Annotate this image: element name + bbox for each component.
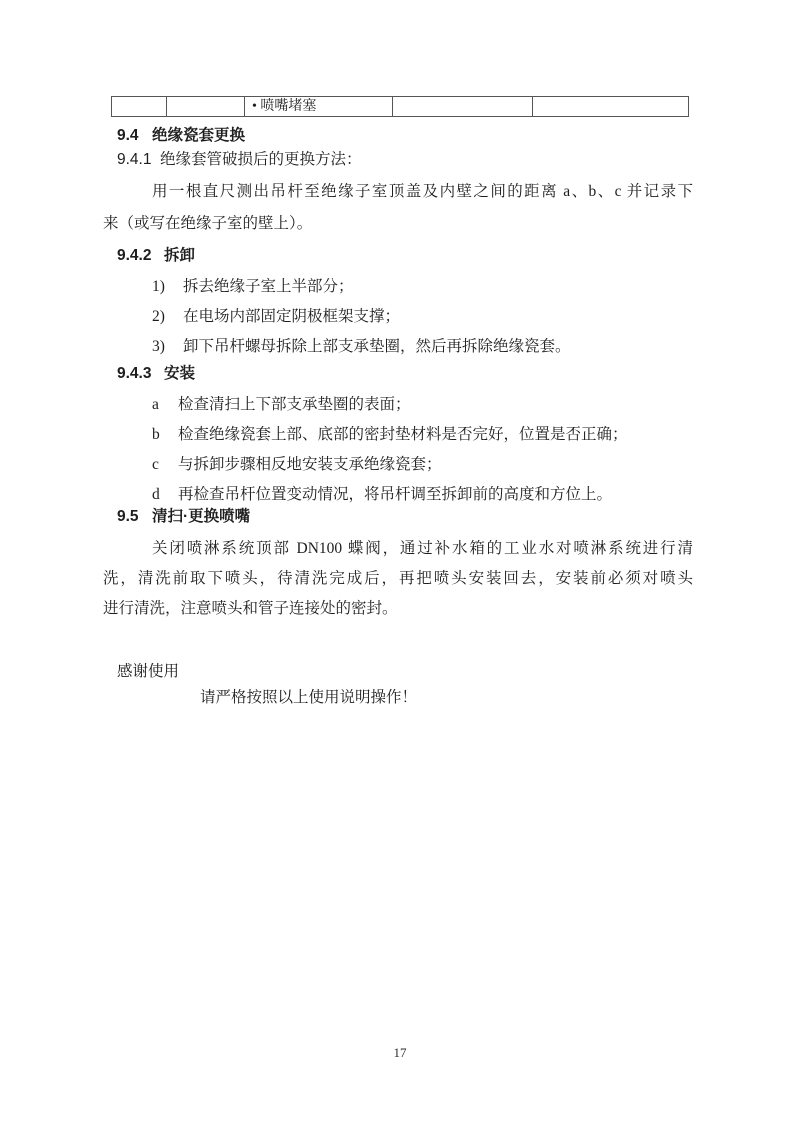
list-marker: 1) (152, 276, 183, 297)
paragraph-line: 来（或写在绝缘子室的壁上）。 (103, 212, 693, 244)
list-item: a检查清扫上下部支承垫圈的表面； (152, 394, 411, 415)
closing-line: 请严格按照以上使用说明操作！ (200, 687, 417, 708)
paragraph-line: 进行清洗，注意喷头和管子连接处的密封。 (103, 597, 693, 627)
list-item: b检查绝缘瓷套上部、底部的密封垫材料是否完好，位置是否正确； (152, 424, 628, 445)
thanks-line: 感谢使用 (117, 661, 179, 682)
table-cell (112, 97, 167, 117)
list-marker: d (152, 484, 178, 505)
list-item: 3)卸下吊杆螺母拆除上部支承垫圈，然后再拆除绝缘瓷套。 (152, 336, 571, 357)
list-text: 再检查吊杆位置变动情况，将吊杆调至拆卸前的高度和方位上。 (178, 486, 612, 503)
section-title: 清扫·更换喷嘴 (152, 508, 250, 525)
list-item: 1)拆去绝缘子室上半部分； (152, 276, 354, 297)
list-text: 拆去绝缘子室上半部分； (183, 278, 354, 295)
section-heading-9-4-3: 9.4.3安装 (117, 364, 195, 384)
table-cell-bullet-item: • 喷嘴堵塞 (245, 97, 393, 117)
table-cell (167, 97, 245, 117)
section-heading-9-4: 9.4绝缘瓷套更换 (117, 126, 245, 146)
section-heading-9-4-1: 9.4.1绝缘套管破损后的更换方法： (117, 150, 362, 170)
paragraph-line: 用一根直尺测出吊杆至绝缘子室顶盖及内壁之间的距离 a、b、c 并记录下 (103, 180, 693, 212)
section-number: 9.5 (117, 507, 152, 527)
paragraph-line: 洗，清洗前取下喷头，待清洗完成后，再把喷头安装回去，安装前必须对喷头 (103, 567, 693, 597)
list-text: 检查绝缘瓷套上部、底部的密封垫材料是否完好，位置是否正确； (178, 426, 628, 443)
paragraph-9-4-1: 用一根直尺测出吊杆至绝缘子室顶盖及内壁之间的距离 a、b、c 并记录下 来（或写… (103, 180, 693, 244)
section-number: 9.4.1 (117, 150, 160, 170)
list-text: 卸下吊杆螺母拆除上部支承垫圈，然后再拆除绝缘瓷套。 (183, 338, 571, 355)
list-item: 2)在电场内部固定阴极框架支撑； (152, 306, 400, 327)
table-cell (393, 97, 533, 117)
list-marker: 2) (152, 306, 183, 327)
section-number: 9.4.3 (117, 364, 164, 384)
table-cell (533, 97, 689, 117)
list-text: 在电场内部固定阴极框架支撑； (183, 308, 400, 325)
list-marker: a (152, 394, 178, 415)
section-number: 9.4 (117, 126, 152, 146)
section-number: 9.4.2 (117, 246, 164, 266)
section-title: 安装 (164, 365, 195, 382)
paragraph-line: 关闭喷淋系统顶部 DN100 蝶阀，通过补水箱的工业水对喷淋系统进行清 (103, 537, 693, 567)
list-marker: 3) (152, 336, 183, 357)
list-text: 与拆卸步骤相反地安装支承绝缘瓷套； (178, 456, 442, 473)
section-title: 绝缘瓷套更换 (152, 127, 245, 144)
section-heading-9-4-2: 9.4.2拆卸 (117, 246, 195, 266)
table-fragment: • 喷嘴堵塞 (111, 96, 689, 117)
list-item: c与拆卸步骤相反地安装支承绝缘瓷套； (152, 454, 442, 475)
list-item: d再检查吊杆位置变动情况，将吊杆调至拆卸前的高度和方位上。 (152, 484, 612, 505)
list-marker: c (152, 454, 178, 475)
table-row: • 喷嘴堵塞 (112, 97, 689, 117)
section-title: 绝缘套管破损后的更换方法： (160, 151, 362, 168)
list-text: 检查清扫上下部支承垫圈的表面； (178, 396, 411, 413)
paragraph-9-5: 关闭喷淋系统顶部 DN100 蝶阀，通过补水箱的工业水对喷淋系统进行清 洗，清洗… (103, 537, 693, 627)
document-page: • 喷嘴堵塞 9.4绝缘瓷套更换 9.4.1绝缘套管破损后的更换方法： 用一根直… (0, 0, 800, 1131)
page-number: 17 (0, 1045, 800, 1061)
list-marker: b (152, 424, 178, 445)
section-heading-9-5: 9.5清扫·更换喷嘴 (117, 507, 250, 527)
section-title: 拆卸 (164, 247, 195, 264)
